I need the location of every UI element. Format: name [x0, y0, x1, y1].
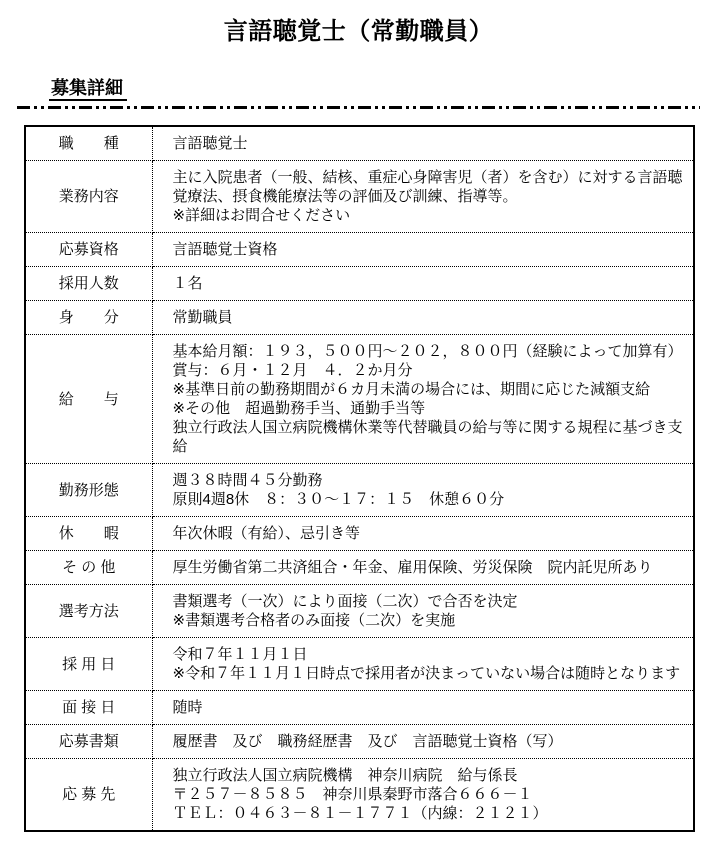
- table-row: 選考方法 書類選考（一次）により面接（二次）で合否を決定※書類選考合格者のみ面接…: [25, 585, 694, 638]
- row-content: 年次休暇（有給）、忌引き等: [152, 517, 694, 551]
- row-content: 言語聴覚士: [152, 126, 694, 161]
- cell-line: 独立行政法人国立病院機構休業等代替職員の給与等に関する規程に基づき支: [173, 418, 686, 437]
- row-label: 給 与: [25, 335, 152, 464]
- table-row: 応募書類 履歴書 及び 職務経歴書 及び 言語聴覚士資格（写）: [25, 725, 694, 759]
- cell-line: １名: [173, 274, 686, 293]
- row-label: 業務内容: [25, 161, 152, 233]
- cell-line: 給: [173, 437, 686, 456]
- table-row: そ の 他 厚生労働省第二共済組合・年金、雇用保険、労災保険 院内託児所あり: [25, 551, 694, 585]
- cell-line: 〒２５７－８５８５ 神奈川県秦野市落合６６６－１: [173, 785, 686, 804]
- cell-line: ※詳細はお問合せください: [173, 206, 686, 225]
- section-heading-wrap: 募集詳細: [49, 78, 717, 101]
- row-label: 採用人数: [25, 267, 152, 301]
- row-content: 書類選考（一次）により面接（二次）で合否を決定※書類選考合格者のみ面接（二次）を…: [152, 585, 694, 638]
- row-content: 言語聴覚士資格: [152, 233, 694, 267]
- row-label: 面 接 日: [25, 691, 152, 725]
- cell-line: 年次休暇（有給）、忌引き等: [173, 524, 686, 543]
- row-label: 応募資格: [25, 233, 152, 267]
- row-label: 採 用 日: [25, 638, 152, 691]
- table-row: 職 種 言語聴覚士: [25, 126, 694, 161]
- row-content: 履歴書 及び 職務経歴書 及び 言語聴覚士資格（写）: [152, 725, 694, 759]
- row-label: 選考方法: [25, 585, 152, 638]
- table-row: 採用人数 １名: [25, 267, 694, 301]
- row-content: 常勤職員: [152, 301, 694, 335]
- cell-line: 原則4週8休 ８：３０～１７：１５ 休憩６０分: [173, 490, 686, 509]
- job-details-table: 職 種 言語聴覚士 業務内容 主に入院患者（一般、結核、重症心身障害児（者）を含…: [24, 125, 695, 832]
- row-content: 基本給月額：１９３，５００円～２０２，８００円（経験によって加算有）賞与：６月・…: [152, 335, 694, 464]
- row-label: 応募書類: [25, 725, 152, 759]
- cell-line: 賞与：６月・１２月 ４．２か月分: [173, 361, 686, 380]
- row-label: そ の 他: [25, 551, 152, 585]
- table-row: 採 用 日 令和７年１１月１日※令和７年１１月１日時点で採用者が決まっていない場…: [25, 638, 694, 691]
- cell-line: ※書類選考合格者のみ面接（二次）を実施: [173, 611, 686, 630]
- row-label: 身 分: [25, 301, 152, 335]
- table-row: 面 接 日 随時: [25, 691, 694, 725]
- table-row: 身 分 常勤職員: [25, 301, 694, 335]
- job-table-body: 職 種 言語聴覚士 業務内容 主に入院患者（一般、結核、重症心身障害児（者）を含…: [25, 126, 694, 831]
- page-title: 言語聴覚士（常勤職員）: [0, 0, 717, 47]
- cell-line: 主に入院患者（一般、結核、重症心身障害児（者）を含む）に対する言語聴: [173, 168, 686, 187]
- cell-line: 常勤職員: [173, 308, 686, 327]
- cell-line: 書類選考（一次）により面接（二次）で合否を決定: [173, 592, 686, 611]
- cell-line: 言語聴覚士: [173, 134, 686, 153]
- row-content: 独立行政法人国立病院機構 神奈川病院 給与係長〒２５７－８５８５ 神奈川県秦野市…: [152, 759, 694, 832]
- row-content: 週３８時間４５分勤務原則4週8休 ８：３０～１７：１５ 休憩６０分: [152, 464, 694, 517]
- cell-line: 令和７年１１月１日: [173, 645, 686, 664]
- table-row: 勤務形態 週３８時間４５分勤務原則4週8休 ８：３０～１７：１５ 休憩６０分: [25, 464, 694, 517]
- row-label: 休 暇: [25, 517, 152, 551]
- row-content: 随時: [152, 691, 694, 725]
- cell-line: 言語聴覚士資格: [173, 240, 686, 259]
- row-label: 職 種: [25, 126, 152, 161]
- table-row: 応 募 先 独立行政法人国立病院機構 神奈川病院 給与係長〒２５７－８５８５ 神…: [25, 759, 694, 832]
- cell-line: 厚生労働省第二共済組合・年金、雇用保険、労災保険 院内託児所あり: [173, 558, 686, 577]
- cell-line: 独立行政法人国立病院機構 神奈川病院 給与係長: [173, 766, 686, 785]
- row-content: 厚生労働省第二共済組合・年金、雇用保険、労災保険 院内託児所あり: [152, 551, 694, 585]
- row-label: 勤務形態: [25, 464, 152, 517]
- row-content: 令和７年１１月１日※令和７年１１月１日時点で採用者が決まっていない場合は随時とな…: [152, 638, 694, 691]
- table-row: 業務内容 主に入院患者（一般、結核、重症心身障害児（者）を含む）に対する言語聴覚…: [25, 161, 694, 233]
- cell-line: ※基準日前の勤務期間が６カ月未満の場合には、期間に応じた減額支給: [173, 380, 686, 399]
- cell-line: 覚療法、摂食機能療法等の評価及び訓練、指導等。: [173, 187, 686, 206]
- section-heading: 募集詳細: [49, 78, 127, 101]
- row-label: 応 募 先: [25, 759, 152, 832]
- dashdot-divider: [17, 106, 700, 109]
- cell-line: 履歴書 及び 職務経歴書 及び 言語聴覚士資格（写）: [173, 732, 686, 751]
- cell-line: 基本給月額：１９３，５００円～２０２，８００円（経験によって加算有）: [173, 342, 686, 361]
- row-content: 主に入院患者（一般、結核、重症心身障害児（者）を含む）に対する言語聴覚療法、摂食…: [152, 161, 694, 233]
- table-row: 休 暇 年次休暇（有給）、忌引き等: [25, 517, 694, 551]
- cell-line: ※その他 超過勤務手当、通勤手当等: [173, 399, 686, 418]
- table-row: 給 与 基本給月額：１９３，５００円～２０２，８００円（経験によって加算有）賞与…: [25, 335, 694, 464]
- cell-line: ＴＥＬ：０４６３－８１－１７７１（内線：２１２１）: [173, 804, 686, 823]
- cell-line: ※令和７年１１月１日時点で採用者が決まっていない場合は随時となります: [173, 664, 686, 683]
- cell-line: 随時: [173, 698, 686, 717]
- cell-line: 週３８時間４５分勤務: [173, 471, 686, 490]
- row-content: １名: [152, 267, 694, 301]
- table-row: 応募資格 言語聴覚士資格: [25, 233, 694, 267]
